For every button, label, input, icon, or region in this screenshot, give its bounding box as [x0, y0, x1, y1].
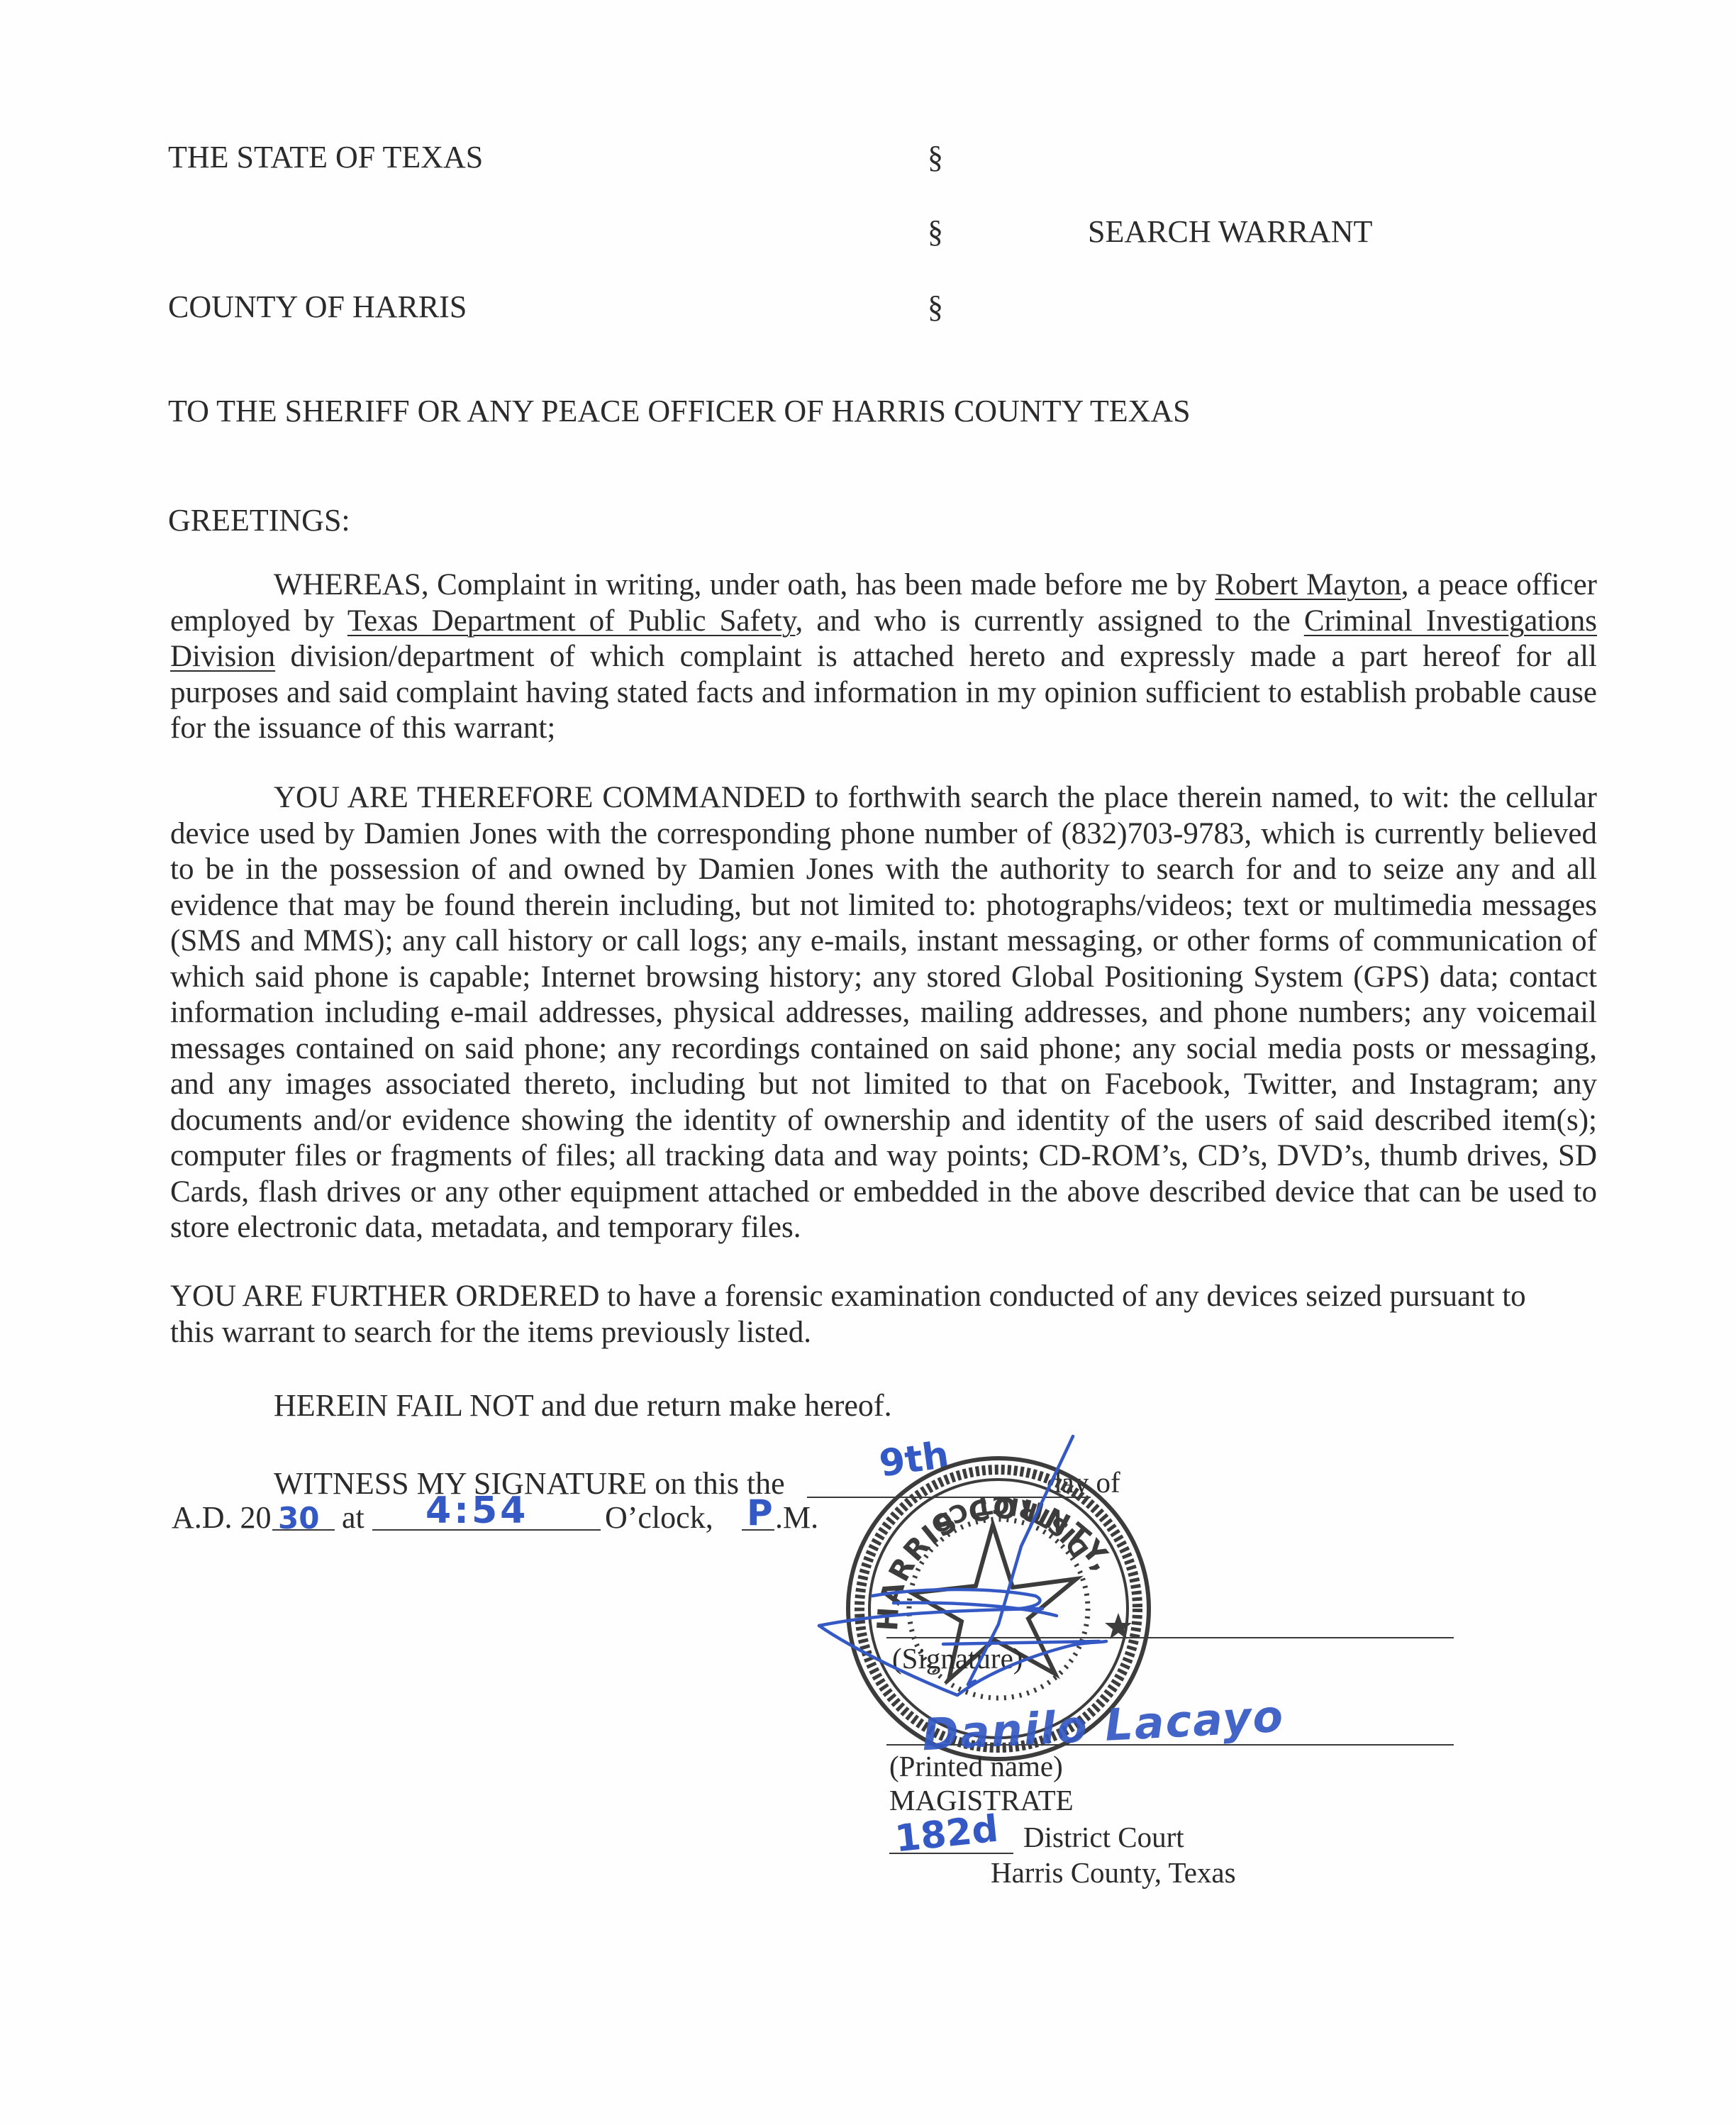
at-label: at: [342, 1502, 365, 1533]
oclock-label: O’clock,: [605, 1502, 713, 1533]
court-label: District Court: [1023, 1823, 1184, 1852]
agency-name: Texas Department of Public Safety: [347, 604, 796, 638]
whereas-paragraph: WHEREAS, Complaint in writing, under oat…: [170, 567, 1597, 747]
officer-name: Robert Mayton: [1215, 568, 1401, 601]
document-title: SEARCH WARRANT: [1088, 216, 1372, 248]
signature-label: (Signature): [892, 1644, 1023, 1673]
witness-line: WITNESS MY SIGNATURE on this the: [274, 1468, 785, 1499]
section-mark: §: [928, 216, 943, 248]
handwritten-meridiem: P: [747, 1492, 773, 1533]
jurisdiction-label: Harris County, Texas: [991, 1858, 1236, 1887]
state-caption: THE STATE OF TEXAS: [168, 142, 483, 173]
handwritten-year: 30: [278, 1501, 319, 1536]
handwritten-time: 4:54: [425, 1489, 528, 1532]
commanded-paragraph: YOU ARE THEREFORE COMMANDED to forthwith…: [170, 780, 1597, 1246]
section-mark: §: [928, 142, 943, 173]
county-caption: COUNTY OF HARRIS: [168, 292, 467, 323]
meridiem-suffix: .M.: [775, 1502, 818, 1533]
salutation: GREETINGS:: [168, 505, 350, 536]
section-mark: §: [928, 292, 943, 323]
addressee: TO THE SHERIFF OR ANY PEACE OFFICER OF H…: [168, 396, 1191, 427]
signature-line: [886, 1637, 1454, 1638]
further-ordered-paragraph: YOU ARE FURTHER ORDERED to have a forens…: [170, 1279, 1574, 1350]
search-warrant-page: THE STATE OF TEXAS COUNTY OF HARRIS § § …: [0, 0, 1736, 2125]
fail-not-line: HEREIN FAIL NOT and due return make here…: [274, 1390, 892, 1421]
ad-prefix: A.D. 20: [172, 1502, 272, 1533]
